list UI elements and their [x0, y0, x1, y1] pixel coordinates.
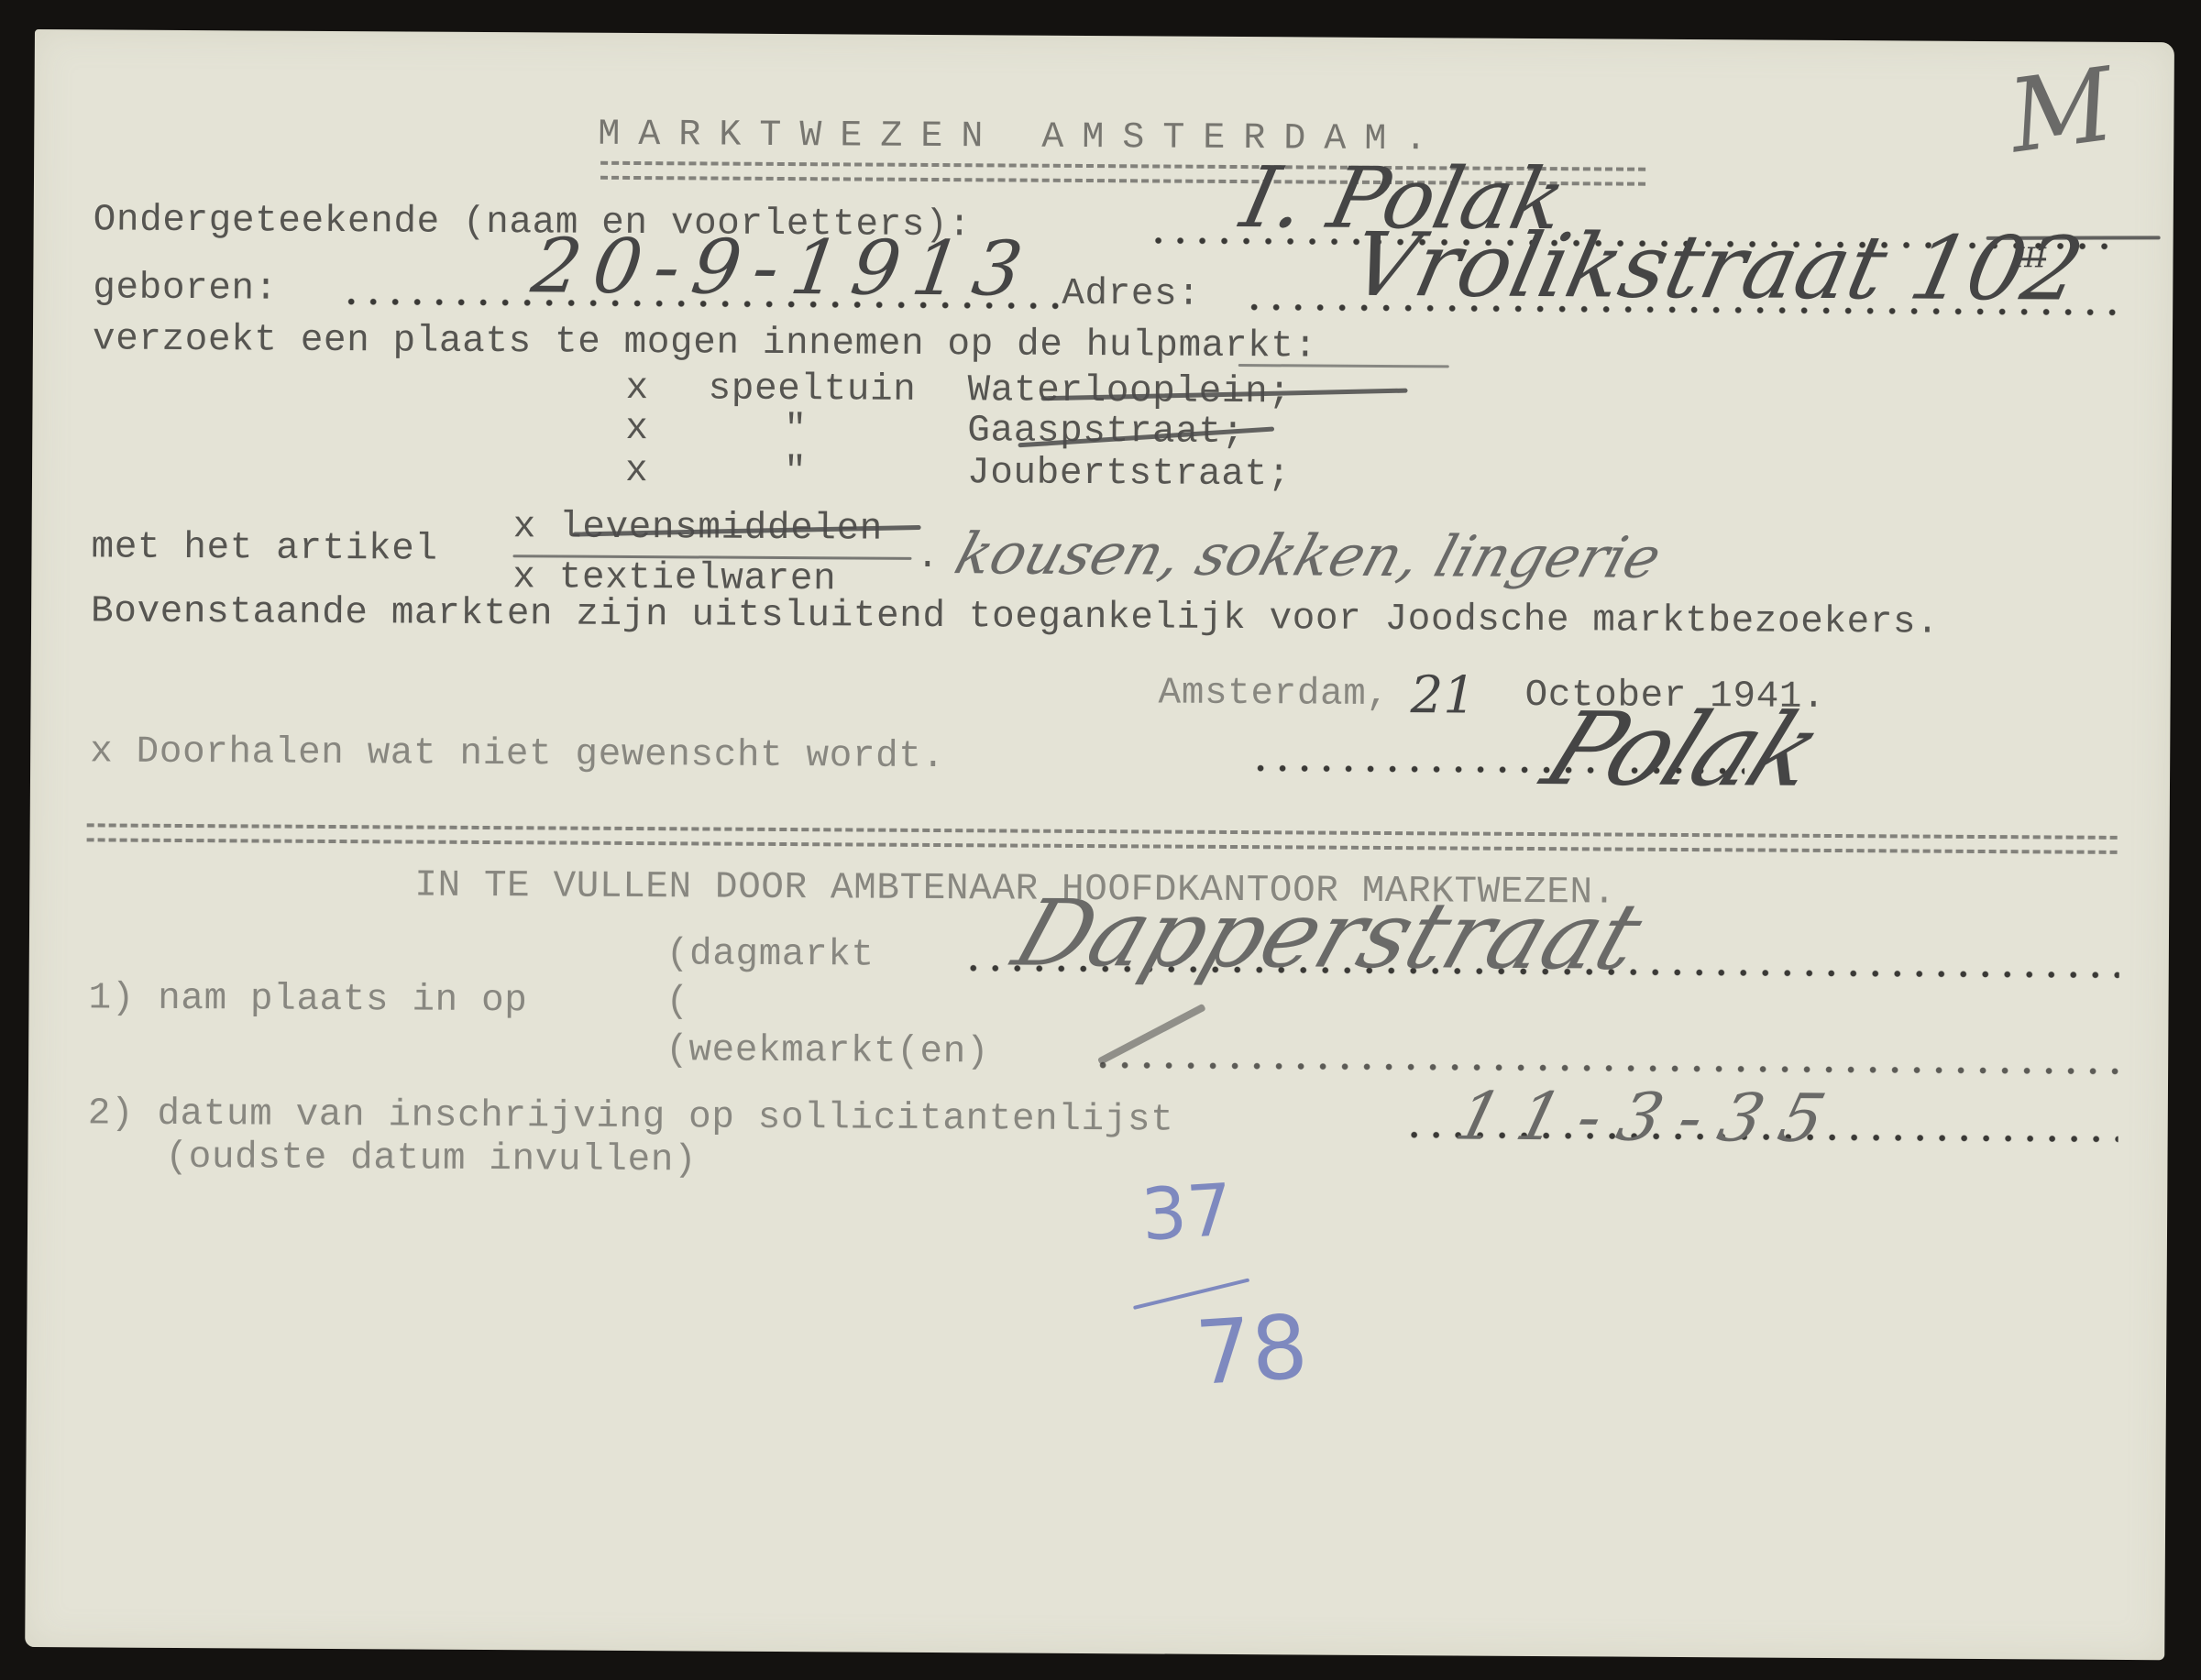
market-option-marker: x — [625, 370, 648, 408]
market-option-marker: x — [625, 411, 648, 448]
born-value: 20-9-1913 — [527, 229, 1040, 307]
market-option-prefix: speeltuin — [708, 370, 916, 409]
item2-sublabel: (oudste datum invullen) — [165, 1139, 697, 1180]
address-floor-suffix: III — [2013, 245, 2046, 272]
article-label: met het artikel — [91, 529, 437, 568]
date-day: 21 — [1410, 670, 1476, 721]
market-option-prefix: " — [784, 454, 807, 491]
dagmarkt-value: Dapperstraat — [1004, 888, 1652, 983]
article-handwritten-goods: kousen, sokken, lingerie — [949, 525, 1667, 587]
born-label: geboren: — [93, 269, 278, 308]
notice-text: Bovenstaande markten zijn uitsluitend to… — [91, 593, 1940, 642]
archive-number-bottom: 78 — [1193, 1302, 1310, 1398]
dagmarkt-pencil-stroke — [1097, 1004, 1206, 1065]
address-value: Vrolikstraat 102 — [1344, 221, 2090, 313]
item1-brace: ( — [666, 983, 688, 1021]
archive-number-top: 37 — [1139, 1175, 1235, 1252]
section-double-rule — [87, 823, 2118, 854]
article-period: . — [916, 539, 939, 576]
address-label: Adres: — [1062, 276, 1200, 314]
market-option-joubertstraat: Joubertstraat; — [967, 455, 1291, 494]
footnote: x Doorhalen wat niet gewenscht wordt. — [90, 733, 945, 776]
document-card: M MARKTWEZEN AMSTERDAM. Ondergeteekende … — [25, 29, 2174, 1660]
market-option-prefix: " — [784, 412, 807, 449]
weekmarkt-label: (weekmarkt(en) — [666, 1032, 989, 1071]
market-option-marker: x — [625, 453, 648, 490]
archive-number: 37 78 — [35, 29, 2174, 42]
item2-label: 2) datum van inschrijving op sollicitant… — [88, 1095, 1174, 1139]
weekmarkt-dotted-line — [1092, 1060, 2118, 1076]
item2-date-value: 11-3-35 — [1450, 1083, 1850, 1151]
place-label: Amsterdam, — [1158, 675, 1389, 715]
corner-initial-mark: M — [2004, 53, 2119, 167]
dagmarkt-label: (dagmarkt — [666, 936, 875, 974]
request-line: verzoekt een plaats te mogen innemen op … — [93, 321, 1317, 366]
market-options: x speeltuin Waterlooplein; x " Gaaspstra… — [35, 29, 2174, 42]
signature: Polak — [1532, 698, 1832, 800]
item1-label: 1) nam plaats in op — [88, 980, 527, 1020]
